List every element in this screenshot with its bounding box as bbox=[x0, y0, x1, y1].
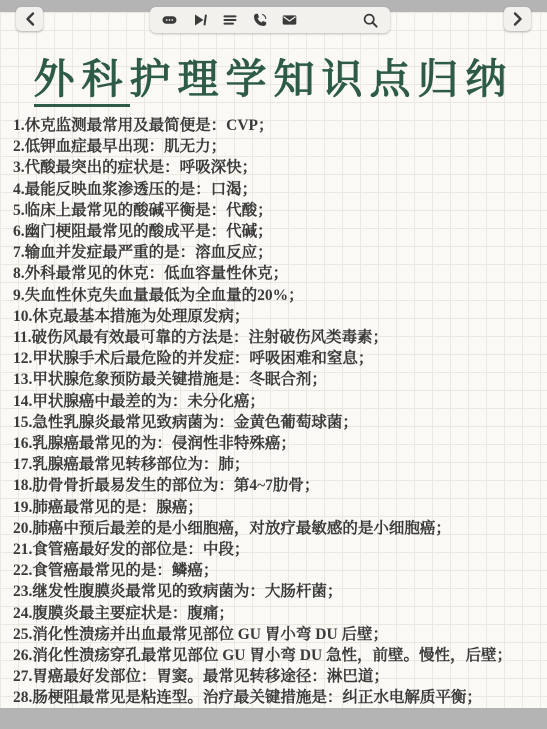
note-item: 5.临床上最常见的酸碱平衡是：代酸； bbox=[13, 200, 539, 221]
note-item: 9.失血性休克失血量最低为全血量的20%； bbox=[13, 285, 539, 306]
notes-page: 外科护理学知识点归纳 1.休克监测最常用及最简便是：CVP； 2.低钾血症最早出… bbox=[0, 12, 547, 708]
note-item: 7.输血并发症最严重的是：溶血反应； bbox=[13, 242, 539, 263]
page-title-rest: 护理学知识点归纳 bbox=[130, 55, 514, 103]
note-item: 10.休克最基本措施为处理原发病； bbox=[13, 306, 539, 327]
play-next-icon[interactable] bbox=[191, 12, 208, 29]
note-item: 20.肺癌中预后最差的是小细胞癌，对放疗最敏感的是小细胞癌； bbox=[13, 518, 539, 539]
image-viewer-screen: 外科护理学知识点归纳 1.休克监测最常用及最简便是：CVP； 2.低钾血症最早出… bbox=[0, 0, 547, 729]
note-item: 28.肠梗阻最常见是粘连型。治疗最关键措施是：纠正水电解质平衡； bbox=[13, 687, 539, 708]
note-item: 19.肺癌最常见的是：腺癌； bbox=[13, 497, 539, 518]
note-item: 22.食管癌最常见的是：鳞癌； bbox=[13, 560, 539, 581]
chevron-right-icon bbox=[511, 11, 525, 27]
note-item: 14.甲状腺癌中最差的为：未分化癌； bbox=[13, 391, 539, 412]
note-item: 18.肋骨骨折最易发生的部位为：第4~7肋骨； bbox=[13, 475, 539, 496]
note-item: 15.急性乳腺炎最常见致病菌为：金黄色葡萄球菌； bbox=[13, 412, 539, 433]
note-item: 4.最能反映血浆渗透压的是：口渴； bbox=[13, 179, 539, 200]
note-item: 23.继发性腹膜炎最常见的致病菌为：大肠杆菌； bbox=[13, 581, 539, 602]
note-item: 26.消化性溃疡穿孔最常见部位 GU 胃小弯 DU 急性，前壁。慢性，后壁； bbox=[13, 645, 539, 666]
note-item: 25.消化性溃疡并出血最常见部位 GU 胃小弯 DU 后壁； bbox=[13, 624, 539, 645]
menu-lines-icon[interactable] bbox=[221, 12, 238, 29]
page-title: 外科护理学知识点归纳 bbox=[0, 46, 547, 105]
mail-icon[interactable] bbox=[281, 12, 298, 29]
note-item: 12.甲状腺手术后最危险的并发症：呼吸困难和窒息； bbox=[13, 348, 539, 369]
note-item: 27.胃癌最好发部位：胃窦。最常见转移途径：淋巴道； bbox=[13, 666, 539, 687]
note-item: 21.食管癌最好发的部位是：中段； bbox=[13, 539, 539, 560]
note-item: 13.甲状腺危象预防最关键措施是：冬眠合剂； bbox=[13, 369, 539, 390]
forward-button[interactable] bbox=[504, 7, 531, 31]
voice-pill-icon[interactable] bbox=[161, 12, 178, 29]
note-item: 11.破伤风最有效最可靠的方法是：注射破伤风类毒素； bbox=[13, 327, 539, 348]
floating-toolbar bbox=[150, 7, 390, 33]
note-item: 24.腹膜炎最主要症状是：腹痛； bbox=[13, 603, 539, 624]
knowledge-points-list: 1.休克监测最常用及最简便是：CVP； 2.低钾血症最早出现：肌无力； 3.代酸… bbox=[0, 115, 547, 708]
phone-icon[interactable] bbox=[251, 12, 268, 29]
chevron-left-icon bbox=[23, 11, 37, 27]
note-item: 6.幽门梗阻最常见的酸成平是：代碱； bbox=[13, 221, 539, 242]
note-item: 3.代酸最突出的症状是：呼吸深快； bbox=[13, 157, 539, 178]
page-title-underlined: 外科 bbox=[34, 55, 130, 107]
note-item: 2.低钾血症最早出现：肌无力； bbox=[13, 136, 539, 157]
back-button[interactable] bbox=[16, 7, 43, 31]
search-icon[interactable] bbox=[362, 12, 379, 29]
note-item: 1.休克监测最常用及最简便是：CVP； bbox=[13, 115, 539, 136]
note-item: 16.乳腺癌最常见的为：侵润性非特殊癌； bbox=[13, 433, 539, 454]
note-item: 8.外科最常见的休克：低血容量性休克； bbox=[13, 263, 539, 284]
note-item: 17.乳腺癌最常见转移部位为：肺； bbox=[13, 454, 539, 475]
